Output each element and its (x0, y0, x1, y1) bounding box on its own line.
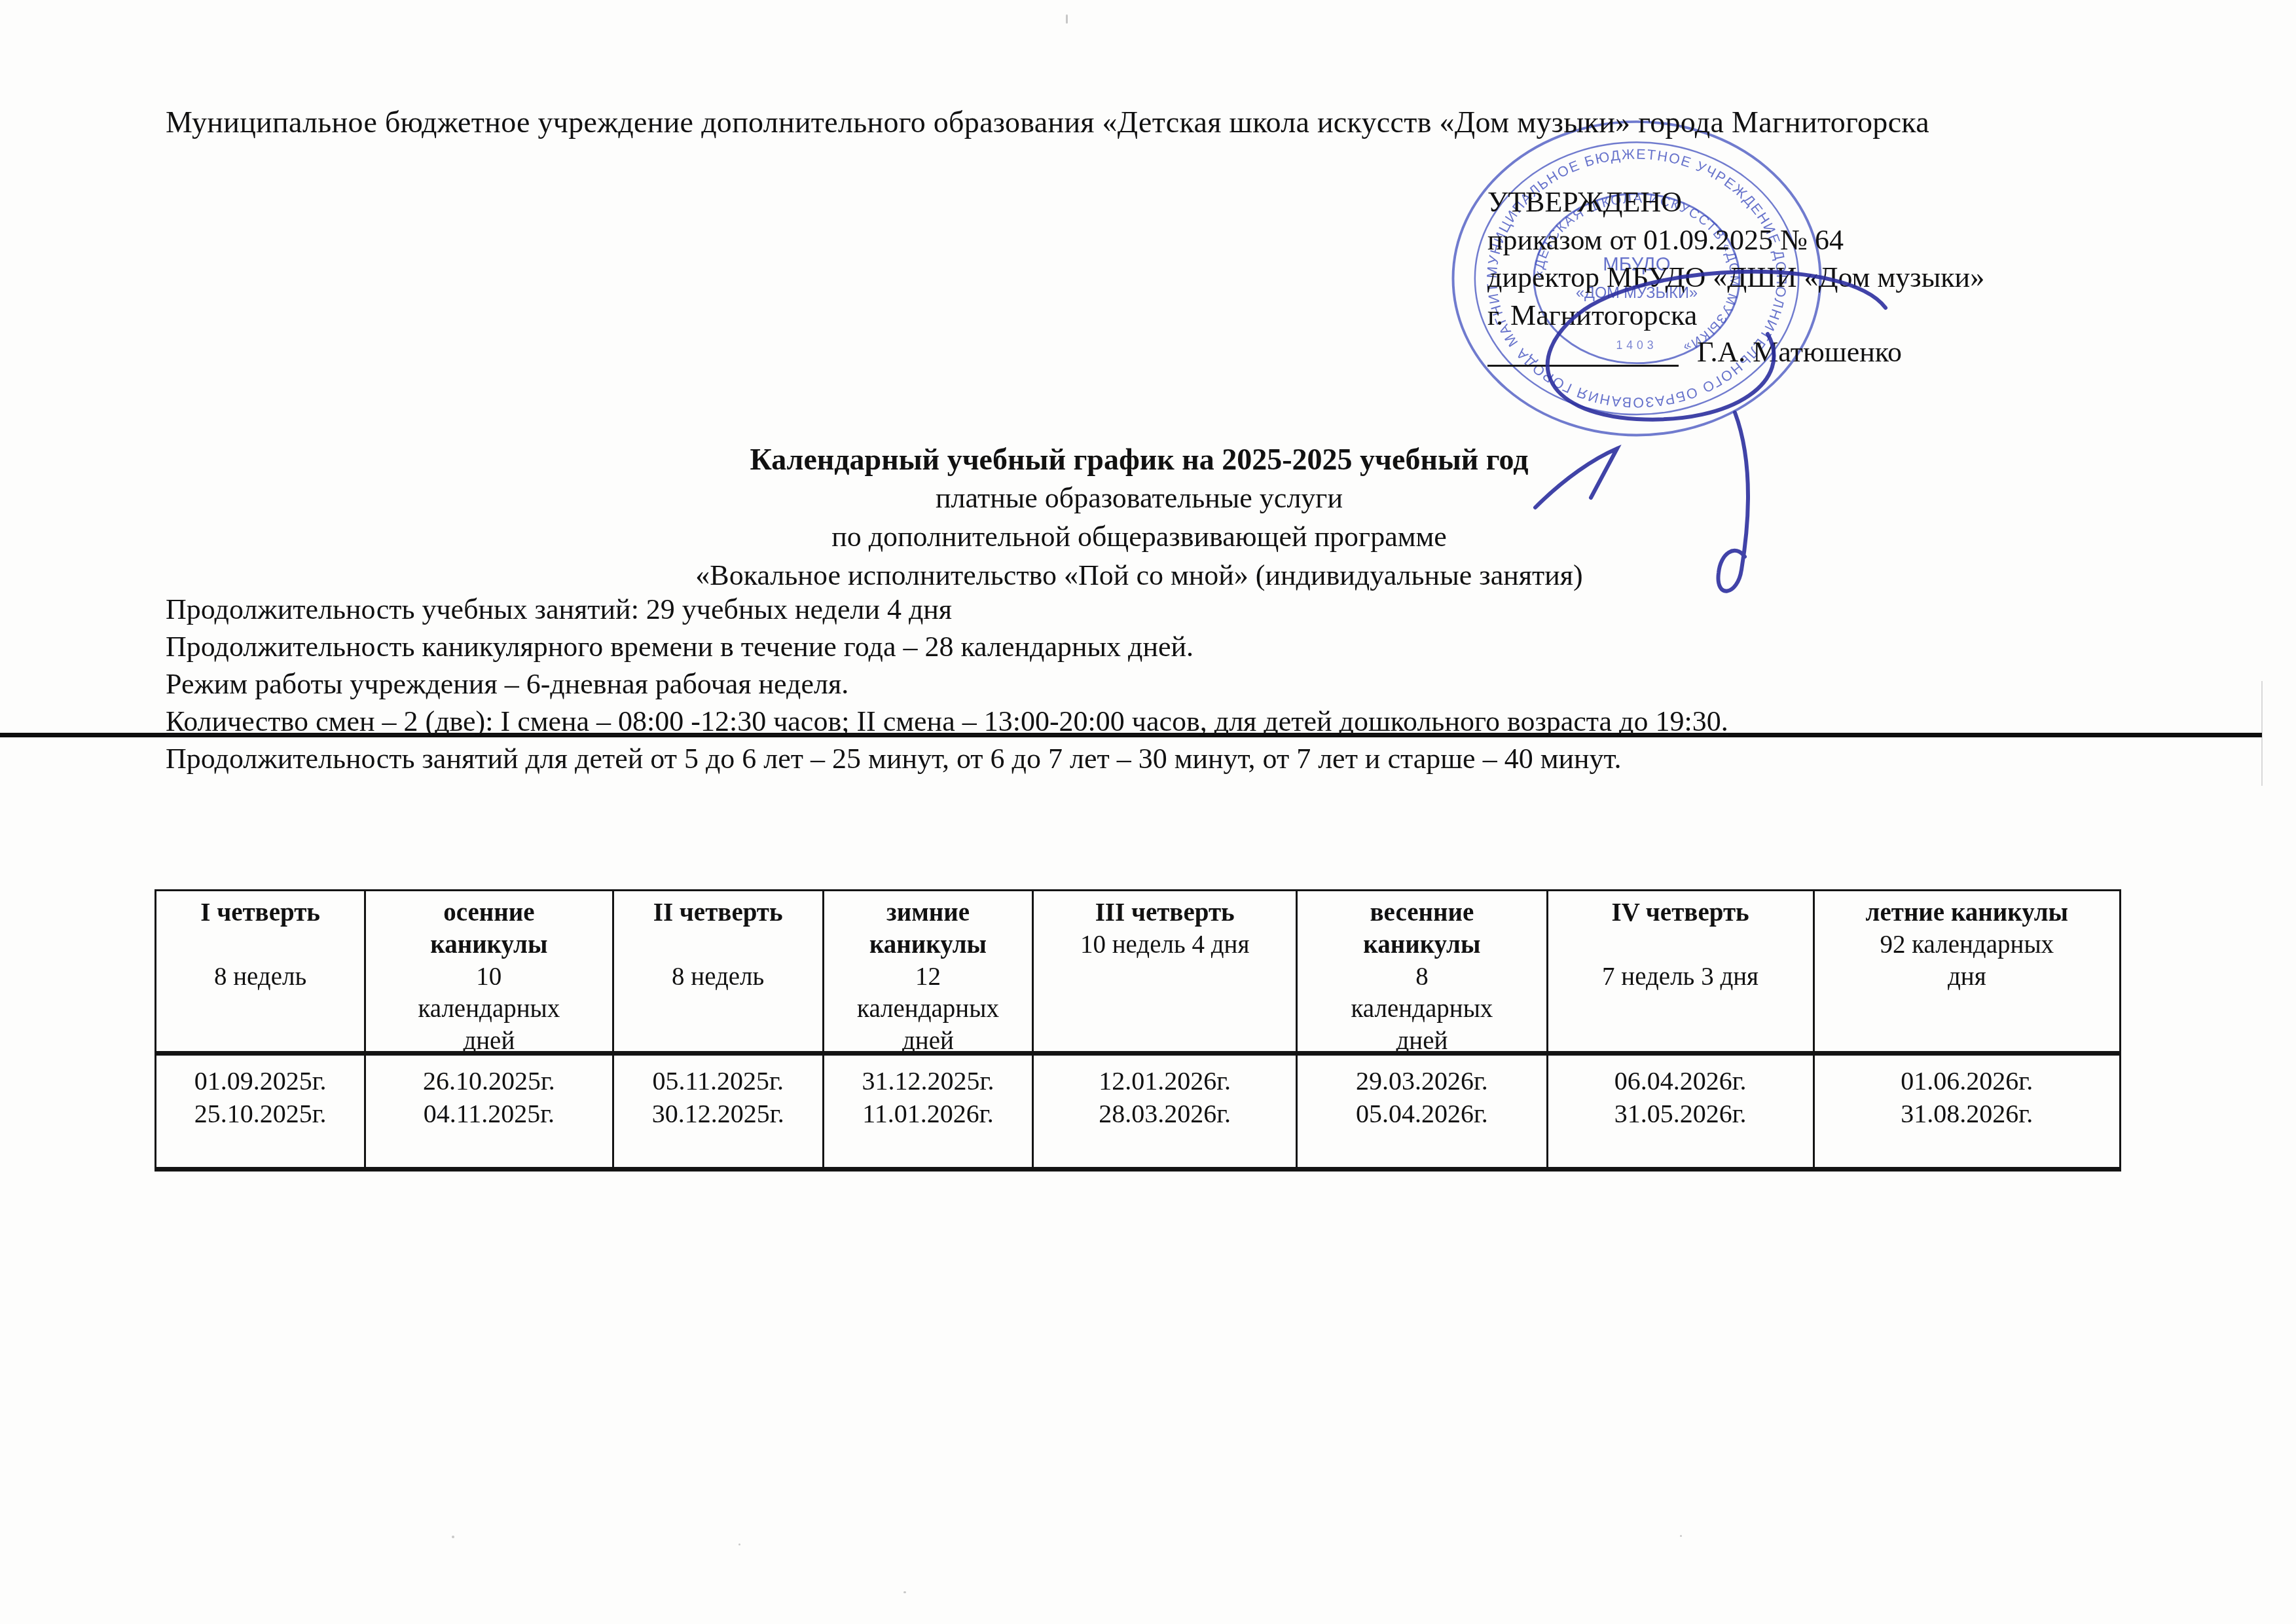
header-cell-autumn-holidays: осенние каникулы 10 календарных дней (366, 891, 613, 1051)
date-end: 30.12.2025г. (614, 1098, 822, 1130)
header-sub: 12 календарных дней (824, 961, 1032, 1051)
date-end: 04.11.2025г. (366, 1098, 611, 1130)
org-name: Муниципальное бюджетное учреждение допол… (166, 105, 2195, 139)
date-start: 05.11.2025г. (614, 1065, 822, 1098)
scan-speck (1680, 1535, 1682, 1537)
signature-ink-icon (1427, 216, 1951, 635)
table-dates-row: 01.09.2025г. 25.10.2025г. 26.10.2025г. 0… (156, 1056, 2119, 1167)
header-title: IV четверть (1548, 896, 1813, 929)
header-cell-quarter-3: III четверть 10 недель 4 дня (1034, 891, 1298, 1051)
dates-cell-quarter-4: 06.04.2026г. 31.05.2026г. (1548, 1056, 1815, 1167)
date-end: 11.01.2026г. (824, 1098, 1032, 1130)
header-cell-quarter-4: IV четверть 7 недель 3 дня (1548, 891, 1815, 1051)
header-title: зимние каникулы (824, 896, 1032, 961)
header-title: осенние каникулы (366, 896, 611, 961)
header-title: II четверть (614, 896, 822, 929)
header-title: весенние каникулы (1298, 896, 1546, 961)
scan-speck (738, 1543, 740, 1545)
header-sub: 10 календарных дней (366, 961, 611, 1051)
body-line-lesson-length: Продолжительность занятий для детей от 5… (166, 740, 2287, 777)
header-sub: 8 недель (156, 961, 364, 993)
date-end: 31.08.2026г. (1815, 1098, 2119, 1130)
header-sub: 10 недель 4 дня (1034, 929, 1296, 961)
schedule-table: I четверть 8 недель осенние каникулы 10 … (155, 889, 2121, 1172)
date-end: 28.03.2026г. (1034, 1098, 1296, 1130)
date-start: 12.01.2026г. (1034, 1065, 1296, 1098)
dates-cell-quarter-3: 12.01.2026г. 28.03.2026г. (1034, 1056, 1298, 1167)
body-line-study-duration: Продолжительность учебных занятий: 29 уч… (166, 591, 2287, 628)
body-line-holiday-duration: Продолжительность каникулярного времени … (166, 628, 2287, 665)
date-start: 31.12.2025г. (824, 1065, 1032, 1098)
body-line-work-mode: Режим работы учреждения – 6-дневная рабо… (166, 665, 2287, 703)
header-cell-quarter-1: I четверть 8 недель (156, 891, 366, 1051)
body-line-shifts: Количество смен – 2 (две): I смена – 08:… (166, 703, 2287, 740)
dates-cell-autumn-holidays: 26.10.2025г. 04.11.2025г. (366, 1056, 613, 1167)
scanned-document-page: Муниципальное бюджетное учреждение допол… (0, 0, 2296, 1624)
dates-cell-summer-holidays: 01.06.2026г. 31.08.2026г. (1815, 1056, 2119, 1167)
scan-speck (452, 1536, 454, 1538)
date-start: 29.03.2026г. (1298, 1065, 1546, 1098)
date-start: 26.10.2025г. (366, 1065, 611, 1098)
scan-speck (903, 1591, 906, 1593)
header-sub: 7 недель 3 дня (1548, 961, 1813, 993)
body-paragraph: Продолжительность учебных занятий: 29 уч… (166, 591, 2287, 777)
date-start: 01.06.2026г. (1815, 1065, 2119, 1098)
date-end: 25.10.2025г. (156, 1098, 364, 1130)
dates-cell-quarter-2: 05.11.2025г. 30.12.2025г. (614, 1056, 824, 1167)
header-title: летние каникулы (1815, 896, 2119, 929)
dates-cell-winter-holidays: 31.12.2025г. 11.01.2026г. (824, 1056, 1034, 1167)
scan-speck (1066, 14, 1068, 24)
header-sub: 8 недель (614, 961, 822, 993)
dates-cell-spring-holidays: 29.03.2026г. 05.04.2026г. (1298, 1056, 1548, 1167)
approval-line-approved: УТВЕРЖДЕНО (1487, 185, 1682, 219)
header-cell-quarter-2: II четверть 8 недель (614, 891, 824, 1051)
table-header-row: I четверть 8 недель осенние каникулы 10 … (156, 891, 2119, 1056)
header-cell-winter-holidays: зимние каникулы 12 календарных дней (824, 891, 1034, 1051)
header-sub: 8 календарных дней (1298, 961, 1546, 1051)
header-title: III четверть (1034, 896, 1296, 929)
date-start: 06.04.2026г. (1548, 1065, 1813, 1098)
date-start: 01.09.2025г. (156, 1065, 364, 1098)
header-title: I четверть (156, 896, 364, 929)
dates-cell-quarter-1: 01.09.2025г. 25.10.2025г. (156, 1056, 366, 1167)
header-cell-summer-holidays: летние каникулы 92 календарных дня (1815, 891, 2119, 1051)
header-sub: 92 календарных дня (1815, 929, 2119, 993)
date-end: 05.04.2026г. (1298, 1098, 1546, 1130)
header-cell-spring-holidays: весенние каникулы 8 календарных дней (1298, 891, 1548, 1051)
date-end: 31.05.2026г. (1548, 1098, 1813, 1130)
